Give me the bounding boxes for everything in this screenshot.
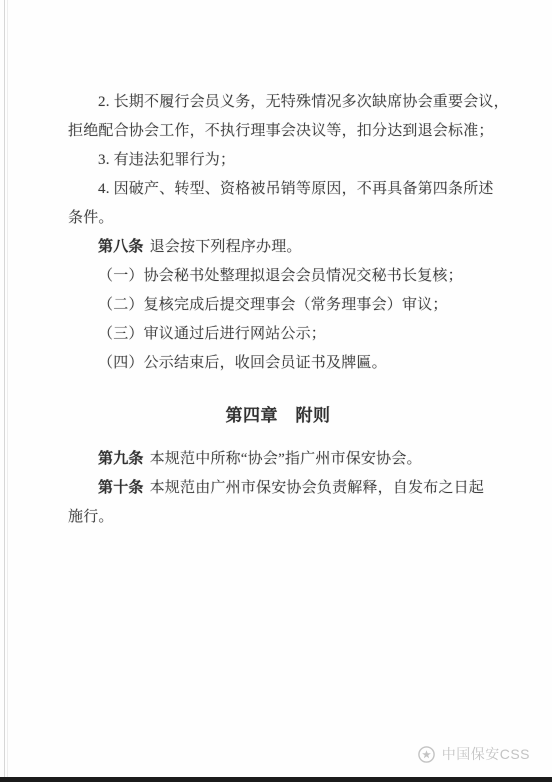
article-number: 第八条 <box>98 239 144 255</box>
article-number: 第十条 <box>98 480 144 496</box>
document-line: 第九条本规范中所称“协会”指广州市保安协会。 <box>68 445 488 474</box>
watermark: 中国保安CSS <box>417 744 530 764</box>
document-line: （一）协会秘书处整理拟退会会员情况交秘书长复核； <box>68 262 488 291</box>
article-number: 第九条 <box>98 451 144 467</box>
scanned-document-page: 2. 长期不履行会员义务，无特殊情况多次缺席协会重要会议，拒绝配合协会工作，不执… <box>0 0 552 782</box>
document-line: 条件。 <box>68 204 488 233</box>
document-line: 施行。 <box>68 503 488 532</box>
bottom-bar <box>0 777 552 782</box>
document-line: 拒绝配合协会工作，不执行理事会决议等，扣分达到退会标准； <box>68 117 488 146</box>
chapter-heading: 第四章 附则 <box>68 401 488 430</box>
document-line: 4. 因破产、转型、资格被吊销等原因，不再具备第四条所述 <box>68 175 488 204</box>
document-line: （四）公示结束后，收回会员证书及牌匾。 <box>68 349 488 378</box>
document-body: 2. 长期不履行会员义务，无特殊情况多次缺席协会重要会议，拒绝配合协会工作，不执… <box>0 0 552 532</box>
document-line: 第十条本规范由广州市保安协会负责解释，自发布之日起 <box>68 474 488 503</box>
watermark-text: 中国保安CSS <box>442 744 530 764</box>
document-line: 2. 长期不履行会员义务，无特殊情况多次缺席协会重要会议， <box>68 88 488 117</box>
document-line: （二）复核完成后提交理事会（常务理事会）审议； <box>68 291 488 320</box>
document-line: 3. 有违法犯罪行为； <box>68 146 488 175</box>
document-line: （三）审议通过后进行网站公示； <box>68 320 488 349</box>
china-security-association-logo-icon <box>417 745 436 764</box>
document-line: 第八条退会按下列程序办理。 <box>68 233 488 262</box>
